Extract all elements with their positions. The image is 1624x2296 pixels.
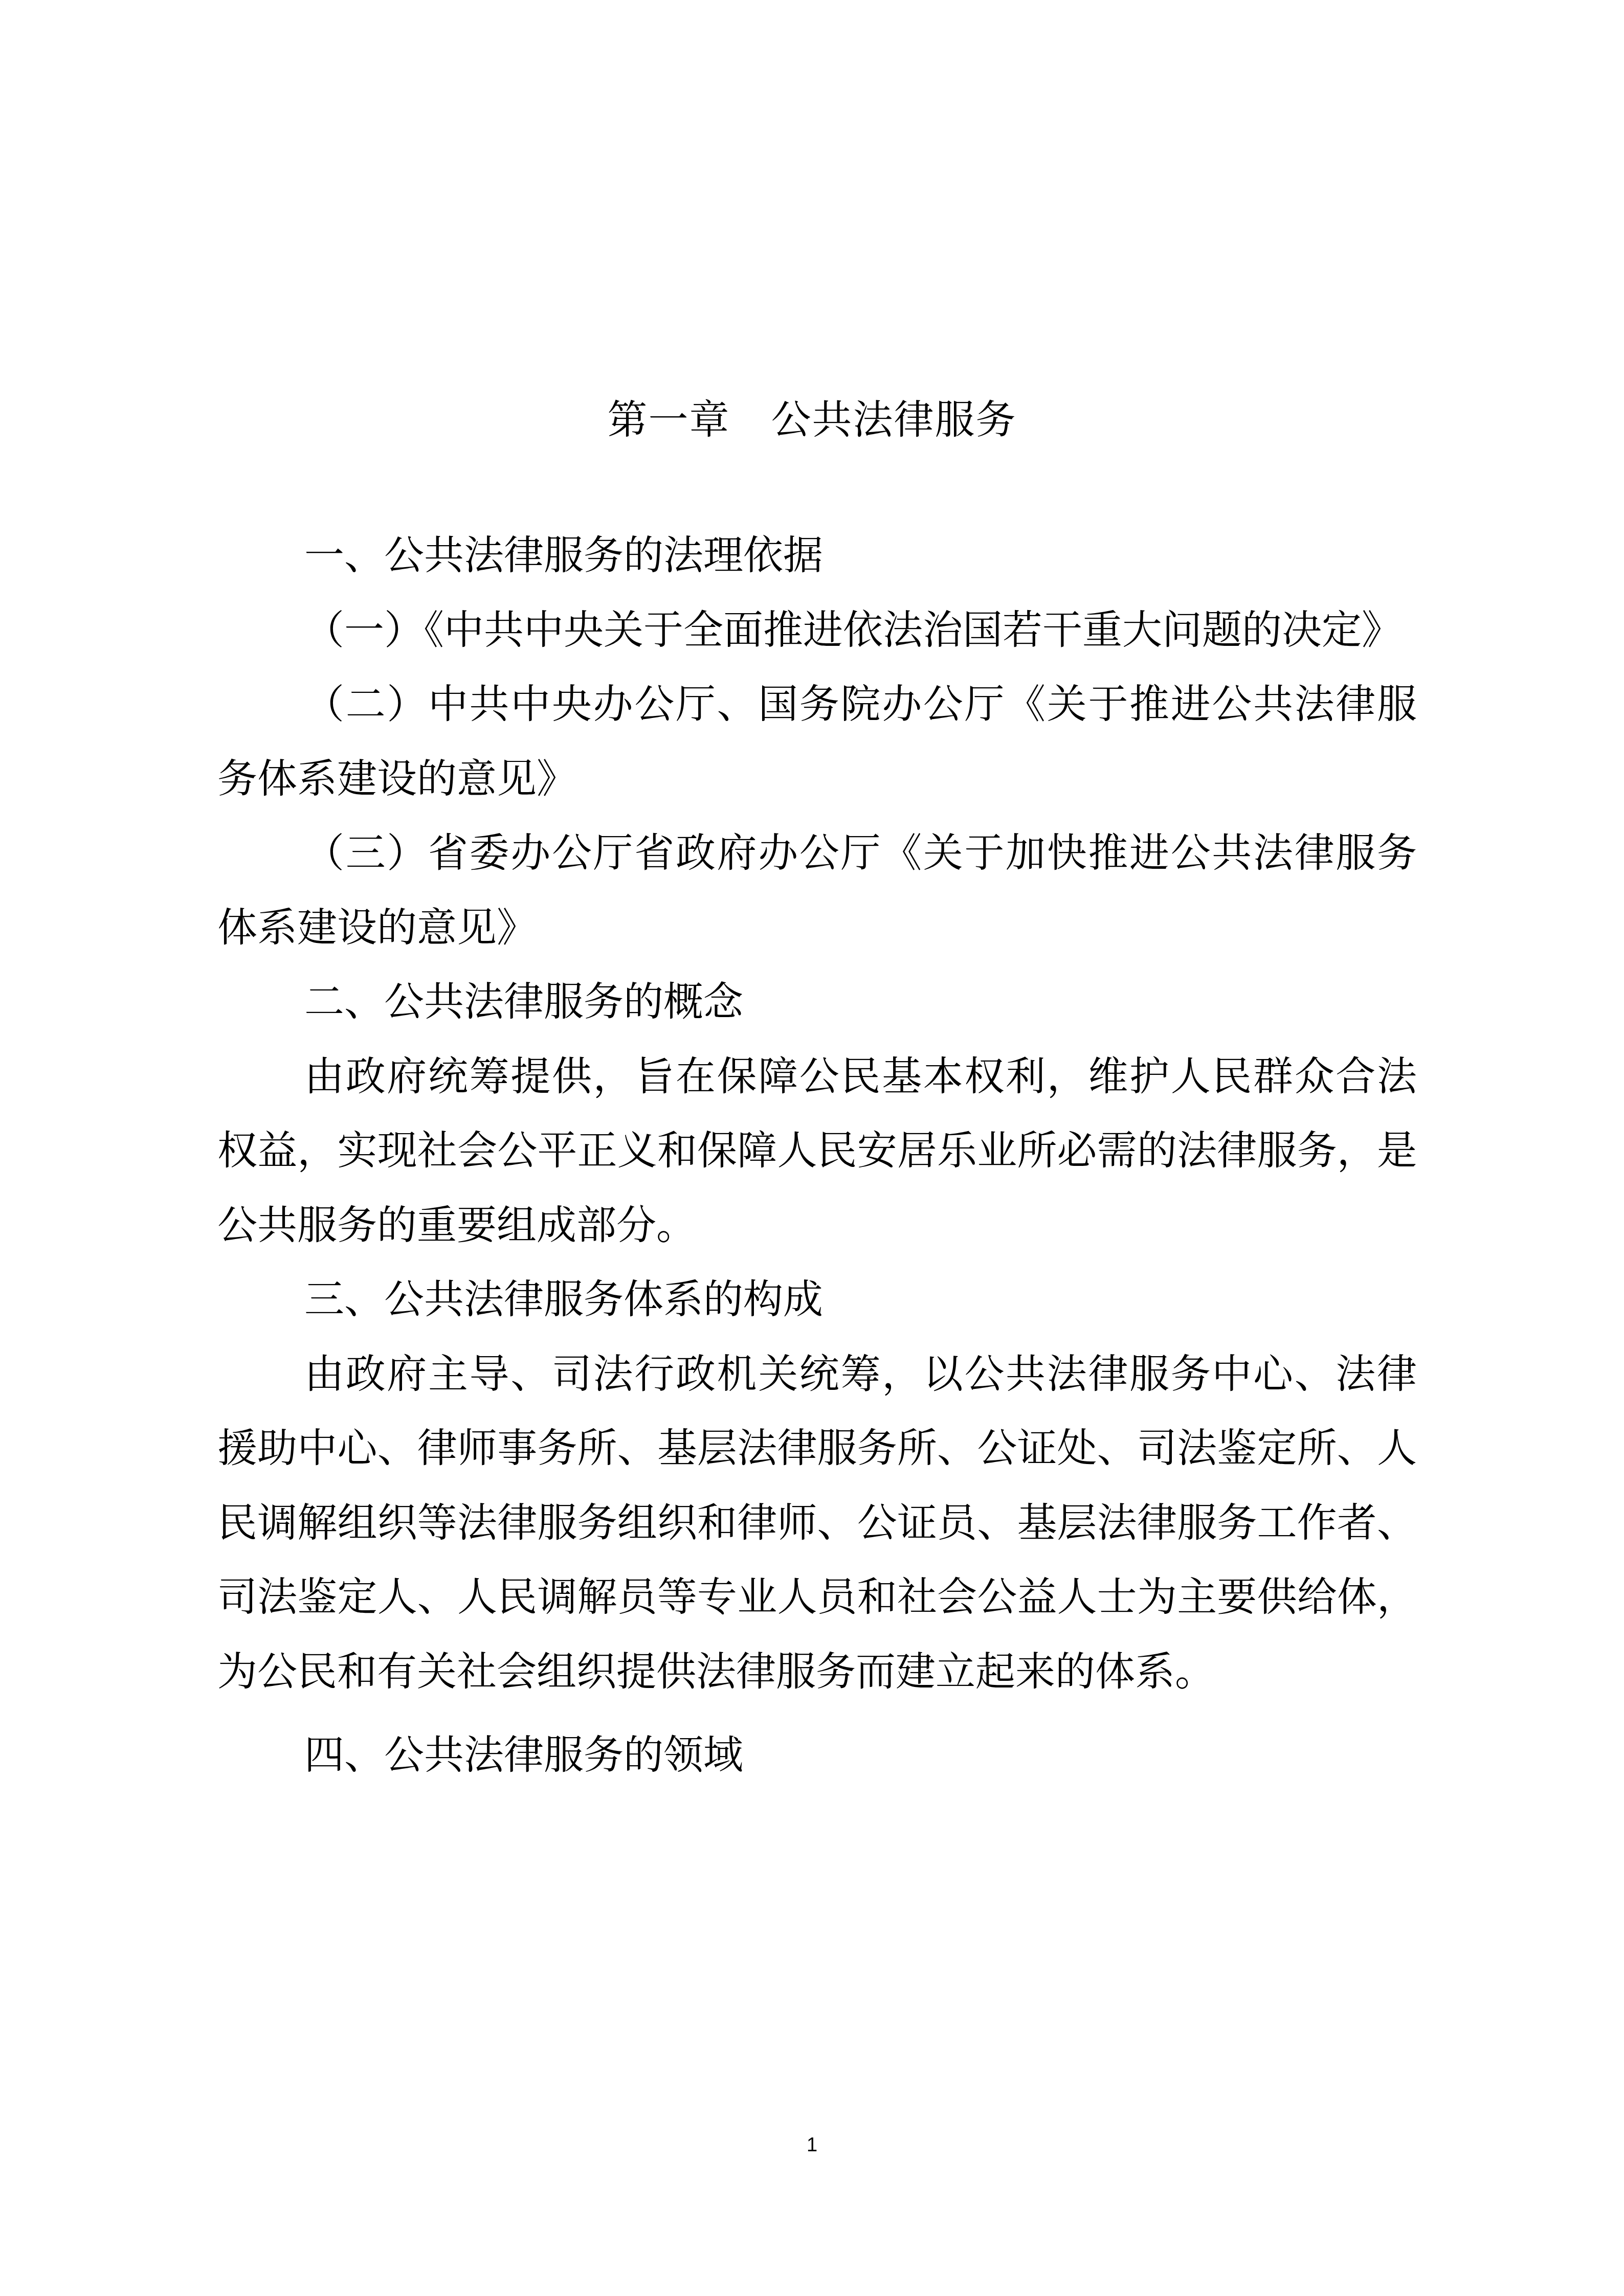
section-heading-3: 三、公共法律服务体系的构成 — [217, 1263, 1417, 1338]
document-page: 第一章 公共法律服务 一、公共法律服务的法理依据 （一）《中共中央关于全面推进依… — [0, 0, 1624, 2296]
legal-basis-item-3: （三）省委办公厅省政府办公厅《关于加快推进公共法律服务体系建设的意见》 — [217, 817, 1417, 965]
page-number: 1 — [0, 2132, 1624, 2158]
section-heading-1: 一、公共法律服务的法理依据 — [217, 519, 1417, 594]
section-heading-4: 四、公共法律服务的领域 — [217, 1719, 1417, 1793]
document-body: 一、公共法律服务的法理依据 （一）《中共中央关于全面推进依法治国若干重大问题的决… — [217, 519, 1417, 1793]
legal-basis-item-1: （一）《中共中央关于全面推进依法治国若干重大问题的决定》 — [217, 594, 1417, 668]
chapter-title: 第一章 公共法律服务 — [0, 392, 1624, 448]
section-heading-2: 二、公共法律服务的概念 — [217, 965, 1417, 1040]
legal-basis-item-2: （二）中共中央办公厅、国务院办公厅《关于推进公共法律服务体系建设的意见》 — [217, 668, 1417, 817]
composition-paragraph: 由政府主导、司法行政机关统筹，以公共法律服务中心、法律援助中心、律师事务所、基层… — [217, 1338, 1417, 1710]
concept-paragraph: 由政府统筹提供，旨在保障公民基本权利，维护人民群众合法权益，实现社会公平正义和保… — [217, 1040, 1417, 1264]
